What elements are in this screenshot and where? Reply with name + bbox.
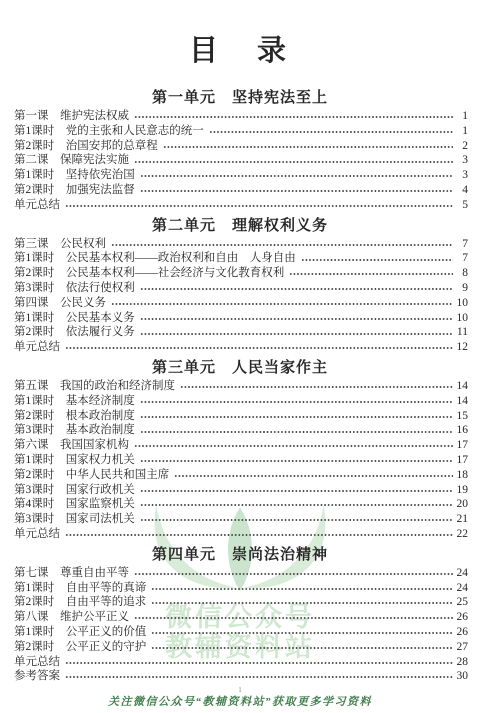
- toc-entry-label: 第1课时 公民基本义务: [14, 311, 135, 326]
- toc-entry: 第六课 我国国家机构 17: [0, 438, 480, 453]
- toc-entry-label: 第3课时 国家司法机关: [14, 512, 135, 527]
- toc-entry: 第1课时 国家权力机关 17: [0, 453, 480, 468]
- unit-heading: 第二单元 理解权利义务: [0, 217, 480, 234]
- toc-entry-page: 16: [456, 423, 468, 438]
- toc-entry: 第2课时 公民基本权利——社会经济与文化教育权利 8: [0, 266, 480, 281]
- dotted-leader: [151, 581, 453, 596]
- toc-entry-label: 第二课 保障宪法实施: [14, 153, 129, 168]
- toc-entry-page: 18: [456, 468, 468, 483]
- toc-entry: 第1课时 公民基本权利——政治权利和自由 人身自由 7: [0, 251, 480, 266]
- toc-entry: 第2课时 治国安邦的总章程 2: [0, 139, 480, 154]
- toc-entry-page: 9: [456, 281, 468, 296]
- toc-entry-label: 单元总结: [14, 198, 60, 213]
- dotted-leader: [65, 340, 453, 355]
- toc-entry-page: 30: [456, 669, 468, 684]
- toc-entry-page: 22: [456, 527, 468, 542]
- dotted-leader: [134, 109, 453, 124]
- toc-entry-page: 17: [456, 438, 468, 453]
- toc-entry: 第一课 维护宪法权威 1: [0, 109, 480, 124]
- dotted-leader: [134, 153, 453, 168]
- toc-entry: 第1课时 基本经济制度 14: [0, 394, 480, 409]
- toc-entry-label: 第2课时 自由平等的追求: [14, 595, 146, 610]
- toc-entry-label: 第四课 公民义务: [14, 296, 106, 311]
- toc-page: 微信公众号 教辅资料站 目 录 第一单元 坚持宪法至上 第一课 维护宪法权威 1…: [0, 0, 480, 713]
- toc-entry: 第2课时 中华人民共和国主席 18: [0, 468, 480, 483]
- toc-entry: 第2课时 依法履行义务 11: [0, 325, 480, 340]
- toc-entry: 第1课时 公民基本义务 10: [0, 311, 480, 326]
- toc-entry-label: 第1课时 坚持依宪治国: [14, 168, 135, 183]
- toc-entry-page: 27: [456, 640, 468, 655]
- dotted-leader: [209, 124, 453, 139]
- dotted-leader: [140, 497, 453, 512]
- toc-section: 第三单元 人民当家作主 第五课 我国的政治和经济制度 14 第1课时 基本经济制…: [0, 359, 480, 542]
- toc-entry: 单元总结 12: [0, 340, 480, 355]
- dotted-leader: [174, 468, 453, 483]
- toc-entry: 第八课 维护公平正义 26: [0, 610, 480, 625]
- toc-entry-page: 12: [456, 340, 468, 355]
- toc-entry: 第2课时 根本政治制度 15: [0, 409, 480, 424]
- dotted-leader: [140, 483, 453, 498]
- dotted-leader: [301, 251, 453, 266]
- toc-entry: 第2课时 加强宪法监督 4: [0, 183, 480, 198]
- toc-entry-label: 第3课时 基本政治制度: [14, 423, 135, 438]
- toc-entry-label: 参考答案: [14, 669, 60, 684]
- toc-entry: 第二课 保障宪法实施 3: [0, 153, 480, 168]
- dotted-leader: [289, 266, 453, 281]
- toc-entry-page: 8: [456, 266, 468, 281]
- toc-entry-page: 14: [456, 394, 468, 409]
- toc-entry-label: 第4课时 国家监察机关: [14, 497, 135, 512]
- toc-entry-page: 10: [456, 311, 468, 326]
- toc-entry-page: 15: [456, 409, 468, 424]
- dotted-leader: [111, 237, 453, 252]
- dotted-leader: [140, 409, 453, 424]
- dotted-leader: [140, 394, 453, 409]
- toc-entry-label: 第1课时 基本经济制度: [14, 394, 135, 409]
- dotted-leader: [151, 595, 453, 610]
- toc-entry-label: 第2课时 依法履行义务: [14, 325, 135, 340]
- toc-entry: 第三课 公民权利 7: [0, 237, 480, 252]
- toc-list: 第一单元 坚持宪法至上 第一课 维护宪法权威 1 第1课时 党的主张和人民意志的…: [0, 69, 480, 684]
- toc-entry-page: 11: [456, 325, 468, 340]
- dotted-leader: [65, 669, 453, 684]
- toc-entry-label: 第1课时 公民基本权利——政治权利和自由 人身自由: [14, 251, 296, 266]
- toc-entry-page: 17: [456, 453, 468, 468]
- unit-heading: 第三单元 人民当家作主: [0, 359, 480, 376]
- dotted-leader: [140, 325, 453, 340]
- toc-entry-label: 第三课 公民权利: [14, 237, 106, 252]
- toc-entry-page: 7: [456, 237, 468, 252]
- dotted-leader: [180, 379, 453, 394]
- toc-entry: 第3课时 基本政治制度 16: [0, 423, 480, 438]
- toc-entry-label: 第2课时 根本政治制度: [14, 409, 135, 424]
- toc-entry: 参考答案 30: [0, 669, 480, 684]
- toc-entry: 第2课时 自由平等的追求 25: [0, 595, 480, 610]
- dotted-leader: [65, 527, 453, 542]
- toc-entry: 第1课时 坚持依宪治国 3: [0, 168, 480, 183]
- page-title: 目 录: [0, 0, 480, 69]
- toc-entry: 第3课时 依法行使权利 9: [0, 281, 480, 296]
- toc-entry-label: 第七课 尊重自由平等: [14, 566, 129, 581]
- dotted-leader: [140, 423, 453, 438]
- toc-entry-label: 第一课 维护宪法权威: [14, 109, 129, 124]
- toc-entry: 第3课时 国家行政机关 19: [0, 483, 480, 498]
- toc-entry-page: 7: [456, 251, 468, 266]
- toc-entry-page: 24: [456, 566, 468, 581]
- toc-entry-page: 28: [456, 655, 468, 670]
- dotted-leader: [65, 198, 453, 213]
- dotted-leader: [163, 139, 453, 154]
- dotted-leader: [140, 183, 453, 198]
- toc-section: 第二单元 理解权利义务 第三课 公民权利 7 第1课时 公民基本权利——政治权利…: [0, 217, 480, 355]
- toc-entry-label: 第3课时 依法行使权利: [14, 281, 135, 296]
- toc-entry-page: 20: [456, 497, 468, 512]
- toc-entry: 第七课 尊重自由平等 24: [0, 566, 480, 581]
- toc-entry: 单元总结 28: [0, 655, 480, 670]
- toc-entry-label: 第2课时 中华人民共和国主席: [14, 468, 169, 483]
- toc-entry-page: 5: [456, 198, 468, 213]
- toc-entry-page: 25: [456, 595, 468, 610]
- toc-entry: 第4课时 国家监察机关 20: [0, 497, 480, 512]
- toc-section: 第一单元 坚持宪法至上 第一课 维护宪法权威 1 第1课时 党的主张和人民意志的…: [0, 89, 480, 213]
- toc-entry-page: 19: [456, 483, 468, 498]
- dotted-leader: [134, 438, 453, 453]
- dotted-leader: [151, 640, 453, 655]
- dotted-leader: [140, 512, 453, 527]
- footer-note: 关注微信公众号“教辅资料站”获取更多学习资料: [0, 693, 480, 709]
- toc-entry-label: 单元总结: [14, 340, 60, 355]
- toc-entry: 第1课时 公平正义的价值 26: [0, 625, 480, 640]
- toc-entry-label: 单元总结: [14, 527, 60, 542]
- toc-entry-page: 2: [456, 139, 468, 154]
- toc-entry-label: 第1课时 自由平等的真谛: [14, 581, 146, 596]
- dotted-leader: [134, 566, 453, 581]
- dotted-leader: [111, 296, 453, 311]
- toc-entry-label: 第五课 我国的政治和经济制度: [14, 379, 175, 394]
- toc-entry: 第1课时 党的主张和人民意志的统一 1: [0, 124, 480, 139]
- toc-entry-label: 第3课时 国家行政机关: [14, 483, 135, 498]
- toc-entry-label: 第1课时 国家权力机关: [14, 453, 135, 468]
- dotted-leader: [140, 453, 453, 468]
- toc-entry-page: 21: [456, 512, 468, 527]
- toc-entry: 第五课 我国的政治和经济制度 14: [0, 379, 480, 394]
- toc-entry-page: 26: [456, 610, 468, 625]
- toc-section: 第四单元 崇尚法治精神 第七课 尊重自由平等 24 第1课时 自由平等的真谛 2…: [0, 546, 480, 684]
- toc-entry-page: 10: [456, 296, 468, 311]
- toc-entry: 第四课 公民义务 10: [0, 296, 480, 311]
- dotted-leader: [140, 281, 453, 296]
- toc-entry-label: 第1课时 公平正义的价值: [14, 625, 146, 640]
- toc-entry-label: 第六课 我国国家机构: [14, 438, 129, 453]
- toc-content: 目 录 第一单元 坚持宪法至上 第一课 维护宪法权威 1 第1课时 党的主张和人…: [0, 0, 480, 684]
- toc-entry: 单元总结 5: [0, 198, 480, 213]
- toc-entry-label: 第1课时 党的主张和人民意志的统一: [14, 124, 204, 139]
- toc-entry-page: 14: [456, 379, 468, 394]
- toc-entry: 第1课时 自由平等的真谛 24: [0, 581, 480, 596]
- toc-entry-page: 4: [456, 183, 468, 198]
- toc-entry: 单元总结 22: [0, 527, 480, 542]
- dotted-leader: [65, 655, 453, 670]
- dotted-leader: [140, 311, 453, 326]
- unit-heading: 第四单元 崇尚法治精神: [0, 546, 480, 563]
- toc-entry-page: 1: [456, 109, 468, 124]
- toc-entry-page: 26: [456, 625, 468, 640]
- toc-entry-page: 3: [456, 153, 468, 168]
- toc-entry-label: 第2课时 公民基本权利——社会经济与文化教育权利: [14, 266, 284, 281]
- toc-entry: 第2课时 公平正义的守护 27: [0, 640, 480, 655]
- dotted-leader: [134, 610, 453, 625]
- toc-entry-label: 第2课时 公平正义的守护: [14, 640, 146, 655]
- toc-entry-label: 第2课时 治国安邦的总章程: [14, 139, 158, 154]
- toc-entry-label: 单元总结: [14, 655, 60, 670]
- unit-heading: 第一单元 坚持宪法至上: [0, 89, 480, 106]
- toc-entry-label: 第八课 维护公平正义: [14, 610, 129, 625]
- dotted-leader: [151, 625, 453, 640]
- toc-entry: 第3课时 国家司法机关 21: [0, 512, 480, 527]
- toc-entry-page: 1: [456, 124, 468, 139]
- toc-entry-page: 3: [456, 168, 468, 183]
- toc-entry-page: 24: [456, 581, 468, 596]
- dotted-leader: [140, 168, 453, 183]
- toc-entry-label: 第2课时 加强宪法监督: [14, 183, 135, 198]
